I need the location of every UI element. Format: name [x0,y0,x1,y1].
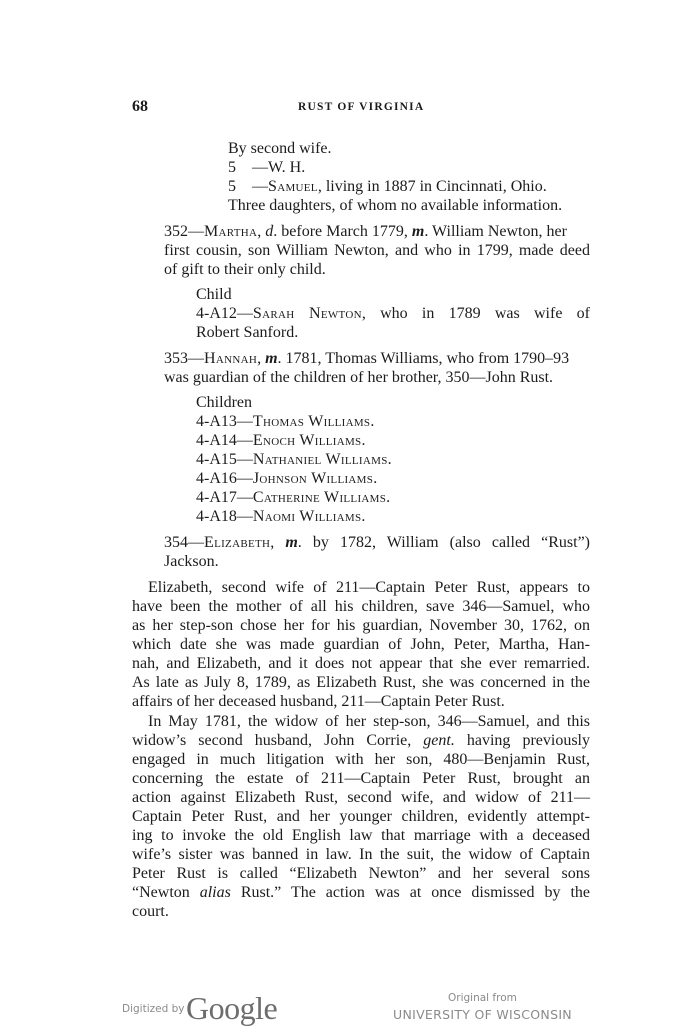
paragraph-line: Peter Rust is called “Elizabeth Newton” … [132,864,590,883]
digitization-footer: Digitized by Google Original from UNIVER… [0,990,680,1035]
paragraph-line: concerning the estate of 211—Captain Pet… [132,769,590,788]
text-line: was guardian of the children of her brot… [164,368,553,387]
paragraph-line: as her step-son chose her for his guardi… [132,616,590,635]
text-line: first cousin, son William Newton, and wh… [164,241,590,260]
paragraph-line: In May 1781, the widow of her step-son, … [148,712,590,731]
entry-text: —W. H. [252,159,305,176]
genealogy-entry: 353—Hannah, m. 1781, Thomas Williams, wh… [164,349,590,368]
text-line: Three daughters, of whom no available in… [228,196,562,215]
running-head: 68 RUST OF VIRGINIA [132,98,592,120]
person-name: Johnson Williams [253,470,373,487]
genealogy-entry: 352—Martha, d. before March 1779, m. Wil… [164,222,590,241]
person-name: Sarah Newton [253,305,362,322]
paragraph-line: have been the mother of all his children… [132,597,590,616]
text-line: Jackson. [164,552,219,571]
paragraph-line: As late as July 8, 1789, as Elizabeth Ru… [132,673,590,692]
person-name: Nathaniel Williams [253,451,388,468]
paragraph-line: wife’s sister was banned in law. In the … [132,845,590,864]
person-name: Samuel [268,178,318,195]
person-name: Hannah [204,350,257,367]
paragraph-line: Captain Peter Rust, and her younger chil… [132,807,590,826]
original-from-label: Original from [448,992,517,1004]
child-entry: 4-A13—Thomas Williams. [196,412,374,431]
paragraph-line: affairs of her deceased husband, 211—Cap… [132,692,505,711]
text-line: of gift to their only child. [164,260,326,279]
child-entry: 4-A15—Nathaniel Williams. [196,450,392,469]
genealogy-entry: 5 —Samuel, living in 1887 in Cincinnati,… [228,177,547,196]
text-line: Robert Sanford. [196,323,298,342]
child-entry: 4-A14—Enoch Williams. [196,431,365,450]
paragraph-line: court. [132,902,169,921]
paragraph-line: action against Elizabeth Rust, second wi… [132,788,590,807]
running-title: RUST OF VIRGINIA [298,101,424,113]
institution-name: UNIVERSITY OF WISCONSIN [393,1007,572,1022]
digitized-by-label: Digitized by [122,1003,184,1015]
generation-number: 5 [228,159,236,176]
child-entry: 4-A17—Catherine Williams. [196,488,390,507]
children-label: Child [196,285,232,304]
text-line: By second wife. [228,139,332,158]
paragraph-line: ing to invoke the old English law that m… [132,826,590,845]
paragraph-line: engaged in much litigation with her son,… [132,750,590,769]
page-number: 68 [132,98,148,116]
child-entry: 4-A16—Johnson Williams. [196,469,377,488]
paragraph-line: Elizabeth, second wife of 211—Captain Pe… [148,578,590,597]
paragraph-line: “Newton alias Rust.” The action was at o… [132,883,590,902]
person-name: Catherine Williams [253,489,386,506]
person-name: Naomi Williams [253,508,362,525]
person-name: Thomas Williams [253,413,370,430]
genealogy-entry: 354—Elizabeth, m. by 1782, William (also… [164,533,590,552]
genealogy-entry: 5 —W. H. [228,158,305,177]
google-logo-icon: Google [186,990,277,1027]
generation-number: 5 [228,178,236,195]
child-entry: 4-A12—Sarah Newton, who in 1789 was wife… [196,304,590,323]
book-page: 68 RUST OF VIRGINIA By second wife. 5 —W… [0,0,680,1035]
person-name: Martha [204,223,257,240]
paragraph-line: widow’s second husband, John Corrie, gen… [132,731,590,750]
person-name: Elizabeth [204,534,270,551]
paragraph-line: which date she was made guardian of John… [132,635,590,654]
paragraph-line: nah, and Elizabeth, and it does not appe… [132,654,590,673]
children-label: Children [196,393,252,412]
person-name: Enoch Williams [253,432,362,449]
child-entry: 4-A18—Naomi Williams. [196,507,365,526]
